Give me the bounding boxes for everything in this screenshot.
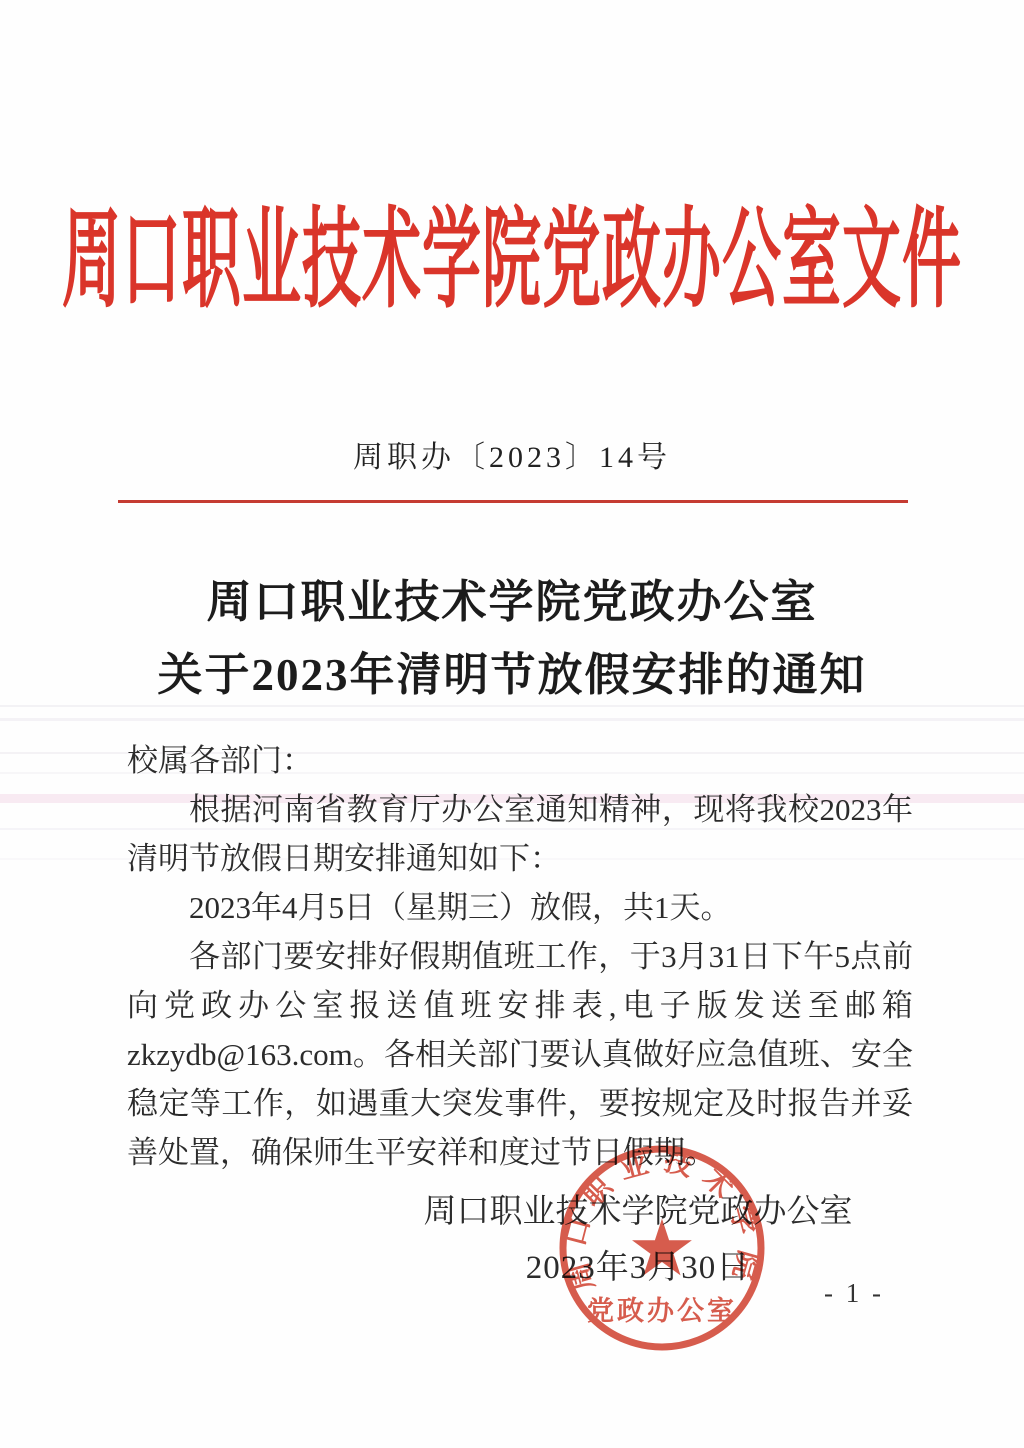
body-paragraph: 根据河南省教育厅办公室通知精神，现将我校2023年清明节放假日期安排通知如下： <box>127 785 913 883</box>
document-page: 周口职业技术学院党政办公室文件 周职办〔2023〕14号 周口职业技术学院党政办… <box>0 0 1024 1448</box>
scan-artifact-band <box>0 718 1024 721</box>
seal-bottom-text: 党政办公室 <box>587 1296 737 1326</box>
document-number: 周职办〔2023〕14号 <box>0 432 1024 476</box>
body-paragraph: 各部门要安排好假期值班工作，于3月31日下午5点前向党政办公室报送值班安排表,电… <box>127 932 913 1177</box>
page-number: - 1 - <box>824 1278 884 1309</box>
signature-office-name: 周口职业技术学院党政办公室 <box>418 1192 858 1232</box>
signature-block: 周口职业技术学院党政办公室 2023年3月30日 <box>418 1192 858 1288</box>
salutation: 校属各部门： <box>127 736 913 785</box>
letterhead-title: 周口职业技术学院党政办公室文件 <box>0 185 1024 351</box>
body-paragraph: 2023年4月5日（星期三）放假，共1天。 <box>127 883 913 932</box>
notice-body: 校属各部门： 根据河南省教育厅办公室通知精神，现将我校2023年清明节放假日期安… <box>127 736 913 1177</box>
signature-date: 2023年3月30日 <box>418 1248 858 1288</box>
notice-title: 周口职业技术学院党政办公室 关于2023年清明节放假安排的通知 <box>0 566 1024 712</box>
red-divider-line <box>118 500 908 503</box>
notice-title-line2: 关于2023年清明节放假安排的通知 <box>0 639 1024 712</box>
notice-title-line1: 周口职业技术学院党政办公室 <box>0 566 1024 639</box>
letterhead-title-text: 周口职业技术学院党政办公室文件 <box>62 121 962 399</box>
